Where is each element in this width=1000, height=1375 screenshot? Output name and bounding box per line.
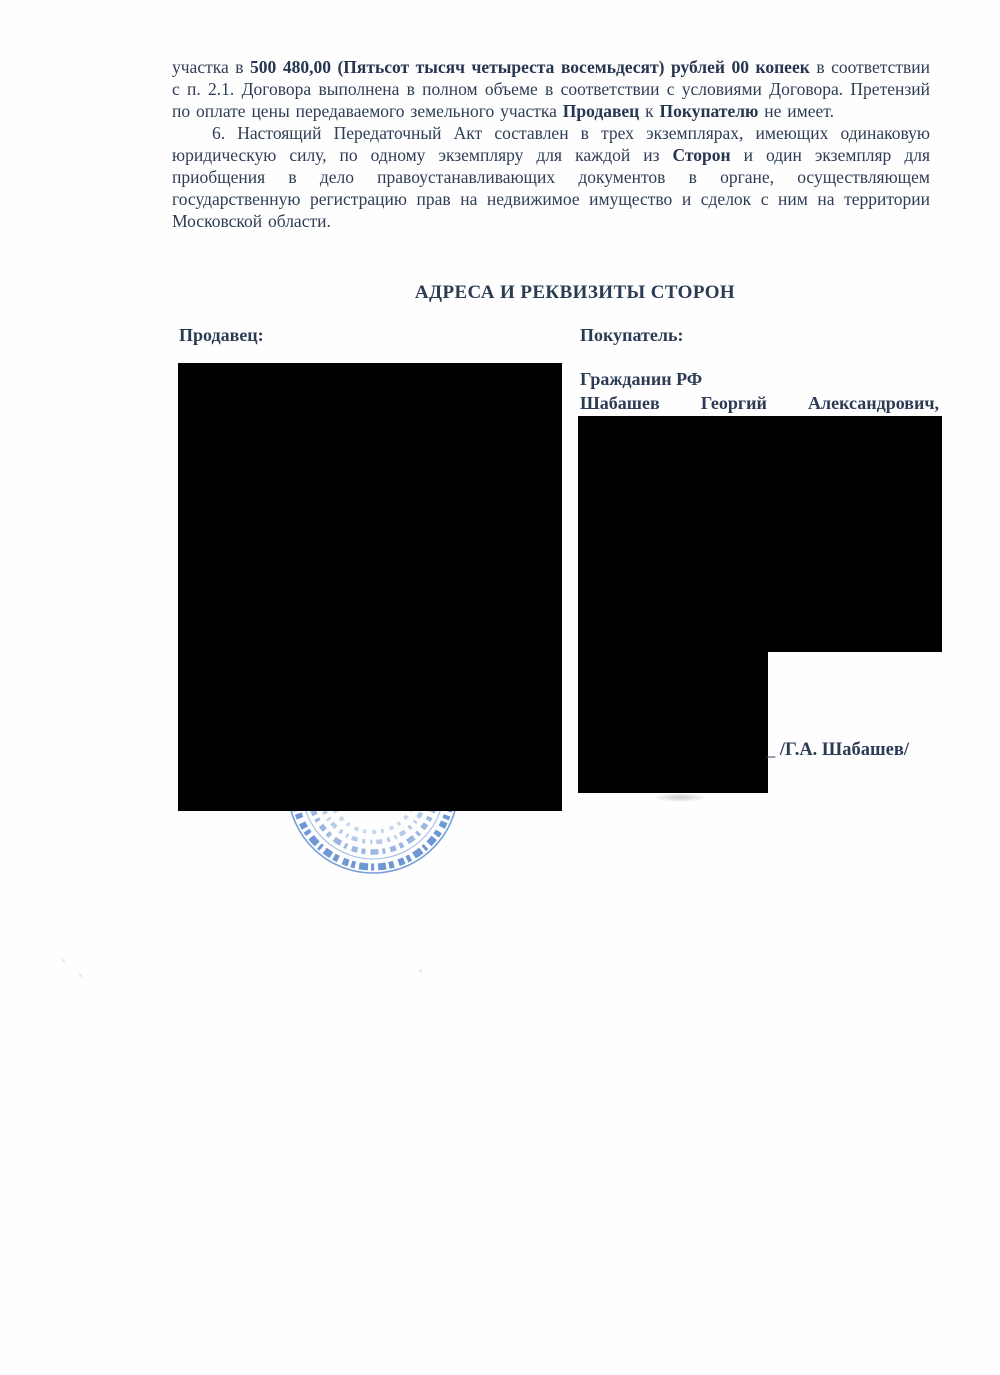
document-body-text: участка в 500 480,00 (Пятьсот тысяч четы…	[172, 56, 930, 232]
signature-underscore: _	[766, 740, 775, 760]
text-run-bold-buyer: Покупателю	[660, 101, 759, 121]
signature-name: /Г.А. Шабашев/	[780, 740, 909, 760]
scan-smudge	[652, 793, 708, 802]
buyer-signature-line: _ /Г.А. Шабашев/	[766, 740, 909, 761]
document-page: участка в 500 480,00 (Пятьсот тысяч четы…	[0, 0, 1000, 1375]
text-run: участка в	[172, 57, 250, 77]
buyer-name-line: Шабашев Георгий Александрович,	[580, 393, 939, 414]
text-run-bold-parties: Сторон	[673, 145, 731, 165]
text-run-bold-seller: Продавец	[563, 101, 640, 121]
text-run: к	[639, 101, 659, 121]
buyer-citizenship-line: Гражданин РФ	[580, 369, 702, 390]
text-run-bold-amount: 500 480,00 (Пятьсот тысяч четыреста восе…	[250, 57, 810, 77]
redaction-box-buyer-bottom	[578, 652, 768, 793]
paragraph-copies: 6. Настоящий Передаточный Акт составлен …	[172, 122, 930, 232]
redaction-box-buyer-top	[578, 416, 942, 652]
scan-speck	[62, 959, 65, 962]
redaction-box-seller	[178, 363, 562, 811]
text-run: не имеет.	[758, 101, 834, 121]
seller-label: Продавец:	[179, 325, 264, 346]
buyer-label: Покупатель:	[580, 325, 683, 346]
section-heading: АДРЕСА И РЕКВИЗИТЫ СТОРОН	[196, 282, 954, 304]
paragraph-payment: участка в 500 480,00 (Пятьсот тысяч четы…	[172, 56, 930, 122]
scan-speck	[419, 969, 422, 972]
scan-speck	[79, 974, 82, 977]
